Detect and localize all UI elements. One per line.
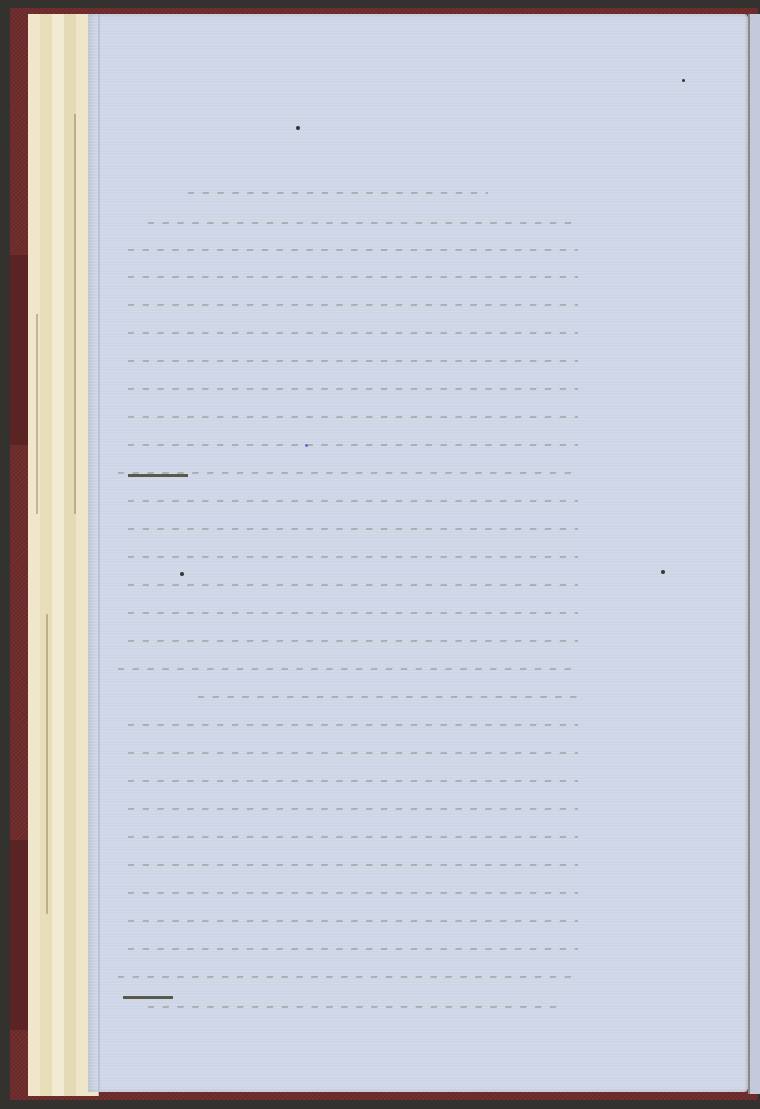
bleed-through-line (128, 276, 578, 278)
bleed-through-line (128, 444, 578, 446)
bleed-through-line (128, 864, 578, 866)
bleed-through-line (118, 976, 578, 978)
bleed-through-line (148, 222, 578, 224)
edge-stain (46, 614, 48, 914)
bleed-through-line (128, 332, 578, 334)
ink-spot (296, 126, 300, 130)
bleed-through-line (128, 808, 578, 810)
bleed-through-line (128, 920, 578, 922)
bleed-through-line (198, 696, 578, 698)
paper-texture (88, 14, 748, 1092)
bleed-through-line (128, 388, 578, 390)
bleed-through-line (128, 892, 578, 894)
bleed-through-line (128, 556, 578, 558)
bleed-through-line (118, 668, 578, 670)
bleed-through-line (128, 724, 578, 726)
bleed-through-line (128, 528, 578, 530)
manuscript-page (88, 14, 748, 1092)
bleed-through-line (188, 192, 488, 194)
bleed-through-line (128, 416, 578, 418)
ink-spot (682, 79, 685, 82)
ink-spot (305, 444, 308, 447)
bleed-through-line (128, 836, 578, 838)
bleed-through-line (128, 584, 578, 586)
bleed-through-line (128, 360, 578, 362)
ink-spot (180, 572, 184, 576)
bleed-through-line (128, 249, 578, 251)
bleed-through-line (128, 304, 578, 306)
bleed-through-line (128, 948, 578, 950)
ink-blot (123, 996, 173, 999)
bleed-through-line (128, 752, 578, 754)
bleed-through-line (128, 780, 578, 782)
bleed-through-line (148, 1006, 558, 1008)
ink-blot (128, 474, 188, 477)
ink-spot (661, 570, 665, 574)
edge-stain (36, 314, 38, 514)
bleed-through-line (128, 640, 578, 642)
bleed-through-line (128, 612, 578, 614)
margin-line (98, 14, 100, 1092)
bleed-through-line (128, 500, 578, 502)
facing-page-edge (748, 14, 760, 1094)
